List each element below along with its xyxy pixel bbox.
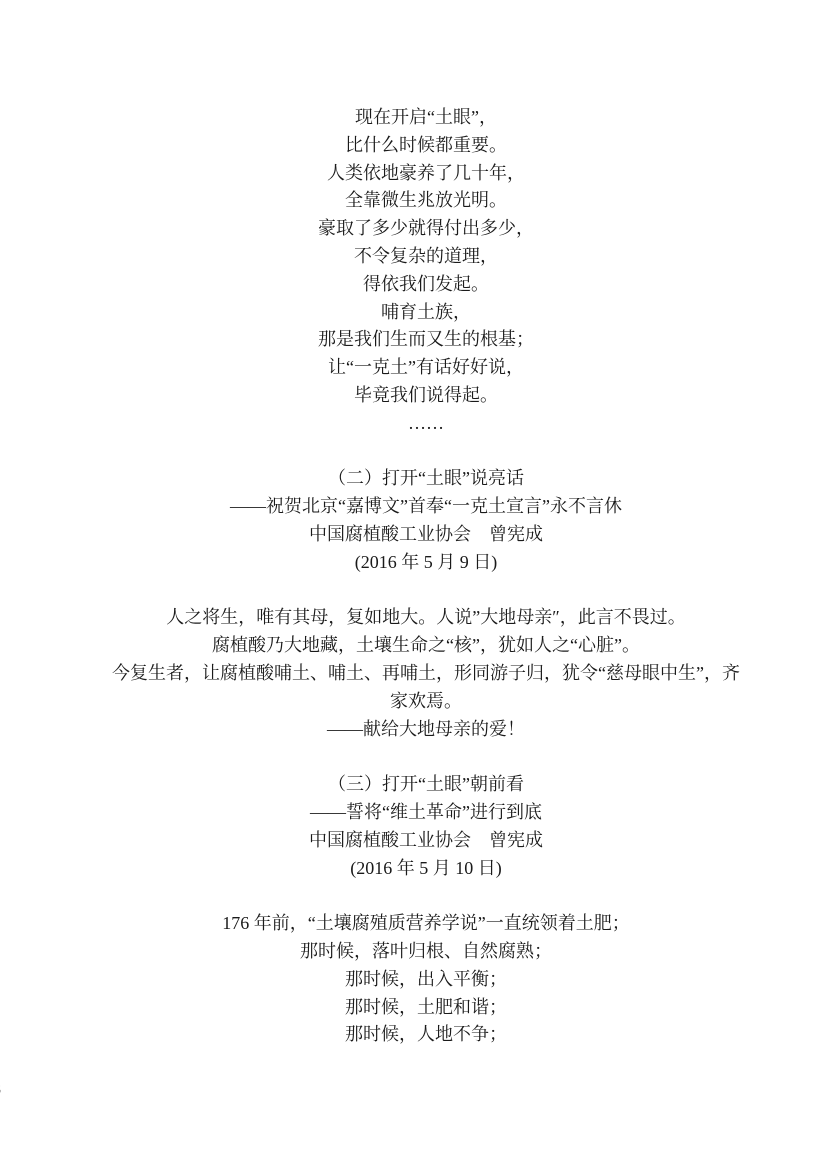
opening-verse-line: 得依我们发起。 <box>100 271 752 299</box>
opening-verse-line: 人类依地豪养了几十年， <box>100 160 752 188</box>
document-content: 现在开启“土眼”，比什么时候都重要。人类依地豪养了几十年，全靠微生兆放光明。豪取… <box>100 104 752 1049</box>
section-3-heading-line: (2016 年 5 月 10 日) <box>100 855 752 883</box>
opening-verse-line: 比什么时候都重要。 <box>100 132 752 160</box>
section-3-body-line: 那时候，人地不争； <box>100 1021 752 1049</box>
section-3-body-line: 176 年前，“土壤腐殖质营养学说”一直统领着土肥； <box>100 910 752 938</box>
section-2-body-line: ——献给大地母亲的爱！ <box>100 716 752 744</box>
blank-line <box>100 882 752 910</box>
section-2-heading-line: 中国腐植酸工业协会 曾宪成 <box>100 521 752 549</box>
section-3-heading-line: 中国腐植酸工业协会 曾宪成 <box>100 827 752 855</box>
section-2-heading-line: (2016 年 5 月 9 日) <box>100 549 752 577</box>
section-2-body-line: 今复生者，让腐植酸哺土、哺土、再哺土，形同游子归，犹令“慈母眼中生”，齐 <box>100 660 752 688</box>
document-page: 现在开启“土眼”，比什么时候都重要。人类依地豪养了几十年，全靠微生兆放光明。豪取… <box>0 0 825 1169</box>
section-3-heading-line: （三）打开“土眼”朝前看 <box>100 771 752 799</box>
section-2-body-line: 腐植酸乃大地藏，土壤生命之“核”，犹如人之“心脏”。 <box>100 632 752 660</box>
page-number: 8 <box>0 1080 1 1100</box>
opening-verse-line: 豪取了多少就得付出多少， <box>100 215 752 243</box>
opening-verse-line: 现在开启“土眼”， <box>100 104 752 132</box>
opening-verse-line: …… <box>100 410 752 438</box>
opening-verse-line: 那是我们生而又生的根基； <box>100 326 752 354</box>
opening-verse-line: 毕竟我们说得起。 <box>100 382 752 410</box>
section-3-body-line: 那时候，落叶归根、自然腐熟； <box>100 938 752 966</box>
opening-verse-line: 让“一克土”有话好好说， <box>100 354 752 382</box>
section-3-body-line: 那时候，出入平衡； <box>100 966 752 994</box>
section-2-body-line: 家欢焉。 <box>100 688 752 716</box>
blank-line <box>100 743 752 771</box>
opening-verse-line: 哺育土族， <box>100 299 752 327</box>
opening-verse-line: 全靠微生兆放光明。 <box>100 187 752 215</box>
blank-line <box>100 577 752 605</box>
section-3-heading-line: ——誓将“维土革命”进行到底 <box>100 799 752 827</box>
section-2-heading-line: ——祝贺北京“嘉博文”首奉“一克土宣言”永不言休 <box>100 493 752 521</box>
section-3-body-line: 那时候，土肥和谐； <box>100 994 752 1022</box>
blank-line <box>100 438 752 466</box>
section-2-body-line: 人之将生，唯有其母，复如地大。人说”大地母亲″，此言不畏过。 <box>100 604 752 632</box>
opening-verse-line: 不令复杂的道理， <box>100 243 752 271</box>
section-2-heading-line: （二）打开“土眼”说亮话 <box>100 465 752 493</box>
